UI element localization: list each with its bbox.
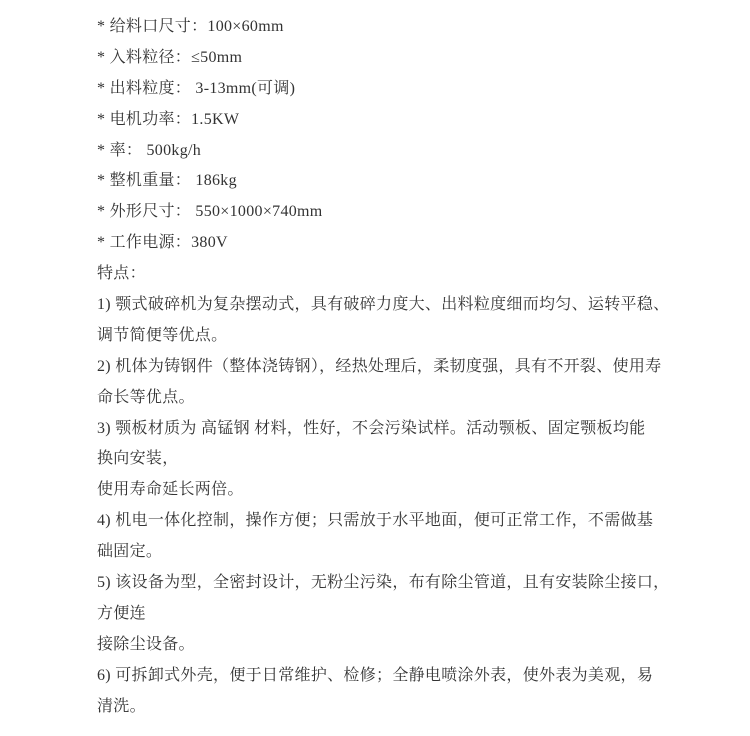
feature-line: 使用寿命延长两倍。 xyxy=(97,475,677,506)
feature-line: 命长等优点。 xyxy=(97,383,677,414)
feature-line: 调节简便等优点。 xyxy=(97,321,677,352)
spec-line-power-supply: * 工作电源：380V xyxy=(97,228,677,259)
feature-line: 清洗。 xyxy=(97,692,677,723)
feature-line: 2) 机体为铸钢件（整体浇铸钢），经热处理后，柔韧度强，具有不开裂、使用寿 xyxy=(97,352,677,383)
feature-line: 4) 机电一体化控制，操作方便；只需放于水平地面，便可正常工作，不需做基 xyxy=(97,506,677,537)
features-heading: 特点： xyxy=(97,259,677,290)
spec-line-motor-power: * 电机功率：1.5KW xyxy=(97,105,677,136)
spec-line-feed-particle-size: * 入料粒径：≤50mm xyxy=(97,43,677,74)
spec-line-machine-weight: * 整机重量： 186kg xyxy=(97,166,677,197)
spec-line-capacity: * 率： 500kg/h xyxy=(97,136,677,167)
feature-line: 3) 颚板材质为 高锰钢 材料，性好，不会污染试样。活动颚板、固定颚板均能 xyxy=(97,414,677,445)
spec-line-feed-opening-size: * 给料口尺寸：100×60mm xyxy=(97,12,677,43)
feature-line: 1) 颚式破碎机为复杂摆动式，具有破碎力度大、出料粒度细而均匀、运转平稳、 xyxy=(97,290,677,321)
feature-line: 接除尘设备。 xyxy=(97,630,677,661)
product-spec-document: * 给料口尺寸：100×60mm * 入料粒径：≤50mm * 出料粒度： 3-… xyxy=(97,12,677,722)
spec-line-overall-dimensions: * 外形尺寸： 550×1000×740mm xyxy=(97,197,677,228)
feature-line: 换向安装， xyxy=(97,444,677,475)
spec-line-discharge-size: * 出料粒度： 3-13mm(可调) xyxy=(97,74,677,105)
feature-line: 6) 可拆卸式外壳，便于日常维护、检修；全静电喷涂外表，使外表为美观，易 xyxy=(97,661,677,692)
feature-line: 础固定。 xyxy=(97,537,677,568)
feature-line: 方便连 xyxy=(97,599,677,630)
feature-line: 5) 该设备为型，全密封设计，无粉尘污染，布有除尘管道，且有安装除尘接口， xyxy=(97,568,677,599)
